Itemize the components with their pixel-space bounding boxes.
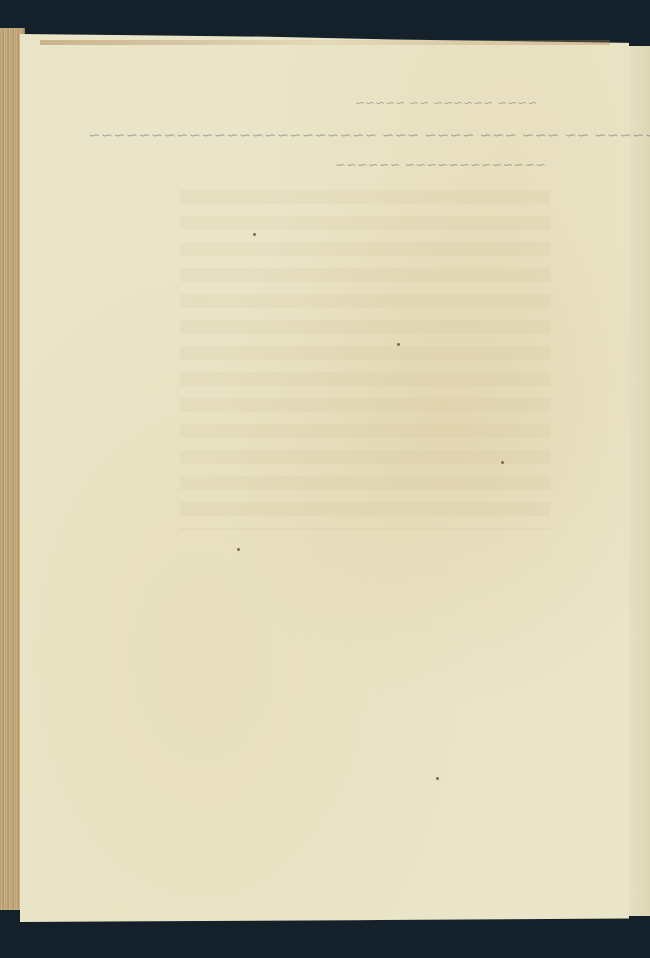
bleed-through-line-1: ~~~~ ~~~~~~ ~~ ~~~~~ xyxy=(355,96,537,110)
foxing-spot xyxy=(253,233,256,236)
foxing-spot xyxy=(501,461,504,464)
foxing-spot xyxy=(237,548,240,551)
bleed-through-line-3: ~~~~~~~~~~~~~ ~~~~~~ xyxy=(335,158,546,173)
top-edge-stain xyxy=(40,40,610,45)
foxing-spot xyxy=(397,343,400,346)
scanned-page-view: ~~~~ ~~~~~~ ~~ ~~~~~ ~~~~~ ~~ ~~~ ~~~ ~~… xyxy=(0,0,650,958)
faint-reverse-text-area xyxy=(180,190,550,530)
foxing-spot xyxy=(436,777,439,780)
bleed-through-line-2: ~~~~~ ~~ ~~~ ~~~ ~~~~ ~~~ ~~~~~~~~~~~~~~… xyxy=(88,126,650,144)
